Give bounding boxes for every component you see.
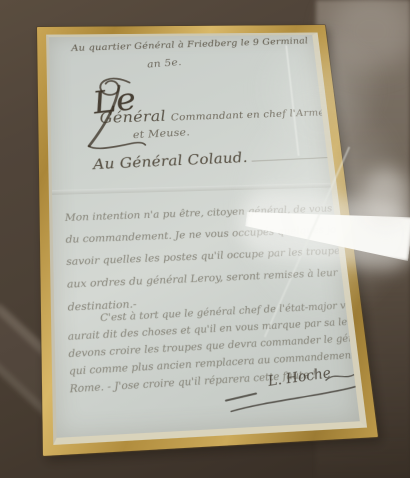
photo-framed-letter: Au quartier Général à Friedberg le 9 Ger… <box>0 0 410 478</box>
letter-paper: Au quartier Général à Friedberg le 9 Ger… <box>46 32 367 444</box>
letter-dateline: Au quartier Général à Friedberg le 9 Ger… <box>71 37 309 54</box>
framed-letter: Au quartier Général à Friedberg le 9 Ger… <box>37 25 378 456</box>
recipient-rule-line <box>252 156 339 162</box>
sender-title-word: Général <box>99 107 166 126</box>
paper-crease <box>285 45 299 156</box>
paper-fold <box>52 183 331 195</box>
signature-block: L. Hoche <box>219 363 366 420</box>
gilt-fillet-border: Au quartier Général à Friedberg le 9 Ger… <box>37 25 378 456</box>
letter-sender-title-line2: et Meuse. <box>132 126 190 141</box>
